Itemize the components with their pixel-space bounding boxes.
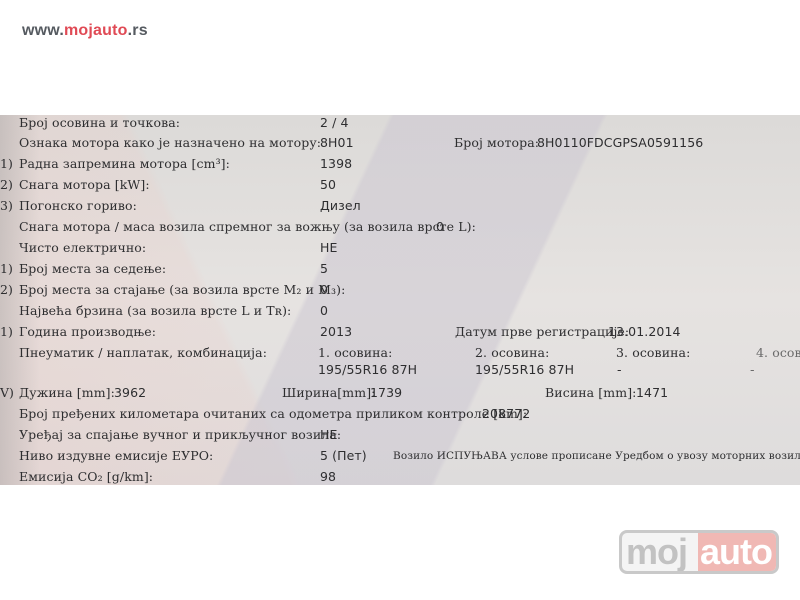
label-pure-electric: Чисто електрично: <box>19 240 146 255</box>
value-production-year: 2013 <box>320 324 352 339</box>
label-co2-emission: Емисија CO₂ [g/km]: <box>19 469 153 484</box>
mojauto-logo: moj auto <box>619 530 779 574</box>
label-odometer: Број пређених километара очитаних са одо… <box>19 406 527 421</box>
label-power-mass-ratio: Снага мотора / маса возила спремног за в… <box>19 219 476 234</box>
logo-text-auto: auto <box>698 533 776 571</box>
value-length: 3962 <box>114 385 146 400</box>
value-axle-4: - <box>750 362 755 377</box>
site-url[interactable]: www.mojauto.rs <box>22 22 148 40</box>
label-coupling-device: Уређај за спајање вучног и прикључног во… <box>19 427 341 442</box>
value-width: 1739 <box>370 385 402 400</box>
label-engine-power: Снага мотора [kW]: <box>19 177 150 192</box>
label-height: Висина [mm]: <box>545 385 636 400</box>
value-height: 1471 <box>636 385 668 400</box>
row-number: 3) <box>0 198 13 213</box>
site-url-prefix: www. <box>22 22 64 39</box>
row-number: 1) <box>0 261 13 276</box>
value-euro-level: 5 (Пет) <box>320 448 367 463</box>
label-displacement: Радна запремина мотора [cm³]: <box>19 156 230 171</box>
label-axle-2: 2. осовина: <box>475 345 549 360</box>
label-max-speed: Највећа брзина (за возила врсте L и Tʀ): <box>19 303 291 318</box>
site-url-brand: mojauto <box>64 22 128 39</box>
label-axle-1: 1. осовина: <box>318 345 392 360</box>
value-displacement: 1398 <box>320 156 352 171</box>
row-number: 1) <box>0 324 13 339</box>
label-width: Ширина[mm]: <box>282 385 375 400</box>
value-pure-electric: НЕ <box>320 240 338 255</box>
value-engine-number: 8H0110FDCGPSA0591156 <box>537 135 703 150</box>
label-fuel: Погонско гориво: <box>19 198 137 213</box>
label-engine-number: Број мотора: <box>454 135 539 150</box>
label-euro-level: Ниво издувне емисије ЕУРО: <box>19 448 213 463</box>
value-engine-code: 8H01 <box>320 135 354 150</box>
label-axles-wheels: Број осовина и точкова: <box>19 115 180 130</box>
value-standing-places: 0 <box>320 282 328 297</box>
row-number: 2) <box>0 177 13 192</box>
value-power-mass-ratio: 0 <box>436 219 444 234</box>
label-length: Дужина [mm]: <box>19 385 115 400</box>
value-fuel: Дизел <box>320 198 361 213</box>
value-odometer: 208772 <box>482 406 530 421</box>
label-tires: Пнеуматик / наплатак, комбинација: <box>19 345 267 360</box>
import-compliance-note: Возило ИСПУЊАВА услове прописане Уредбом… <box>393 450 800 462</box>
row-number: V) <box>0 385 14 400</box>
label-production-year: Година производње: <box>19 324 156 339</box>
label-engine-code: Ознака мотора како је назначено на мотор… <box>19 135 321 150</box>
label-seats: Број места за седење: <box>19 261 166 276</box>
label-axle-3: 3. осовина: <box>616 345 690 360</box>
value-first-registration: 13.01.2014 <box>608 324 681 339</box>
value-seats: 5 <box>320 261 328 276</box>
value-coupling-device: НЕ <box>320 427 338 442</box>
label-standing-places: Број места за стајање (за возила врсте M… <box>19 282 345 297</box>
value-axle-2: 195/55R16 87H <box>475 362 574 377</box>
value-axles-wheels: 2 / 4 <box>320 115 349 130</box>
logo-text-moj: moj <box>622 533 698 571</box>
value-max-speed: 0 <box>320 303 328 318</box>
value-co2-emission: 98 <box>320 469 336 484</box>
value-axle-3: - <box>617 362 622 377</box>
value-axle-1: 195/55R16 87H <box>318 362 417 377</box>
value-engine-power: 50 <box>320 177 336 192</box>
label-axle-4: 4. осови <box>756 345 800 360</box>
label-first-registration: Датум прве регистрације: <box>455 324 629 339</box>
row-number: 2) <box>0 282 13 297</box>
registration-document-photo: Број осовина и точкова: 2 / 4 Ознака мот… <box>0 115 800 485</box>
row-number: 1) <box>0 156 13 171</box>
site-url-suffix: .rs <box>128 22 148 39</box>
